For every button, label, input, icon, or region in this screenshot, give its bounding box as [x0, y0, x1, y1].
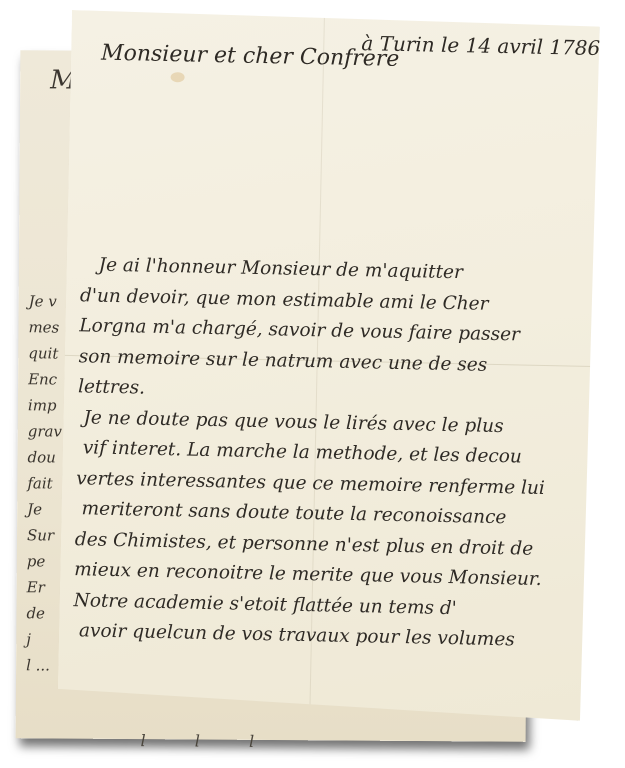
paper-stain [171, 72, 185, 82]
front-page: à Turin le 14 avril 1786. Monsieur et ch… [57, 10, 600, 721]
back-page-bottom-strokes: l l l [141, 731, 277, 751]
letter-body: Je ai l'honneur Monsieur de m'aquitter d… [73, 250, 581, 657]
salutation: Monsieur et cher Confrere [101, 41, 400, 72]
letter-photograph: M Je v mes quit Enc imp grav dou fait Je… [0, 0, 625, 768]
